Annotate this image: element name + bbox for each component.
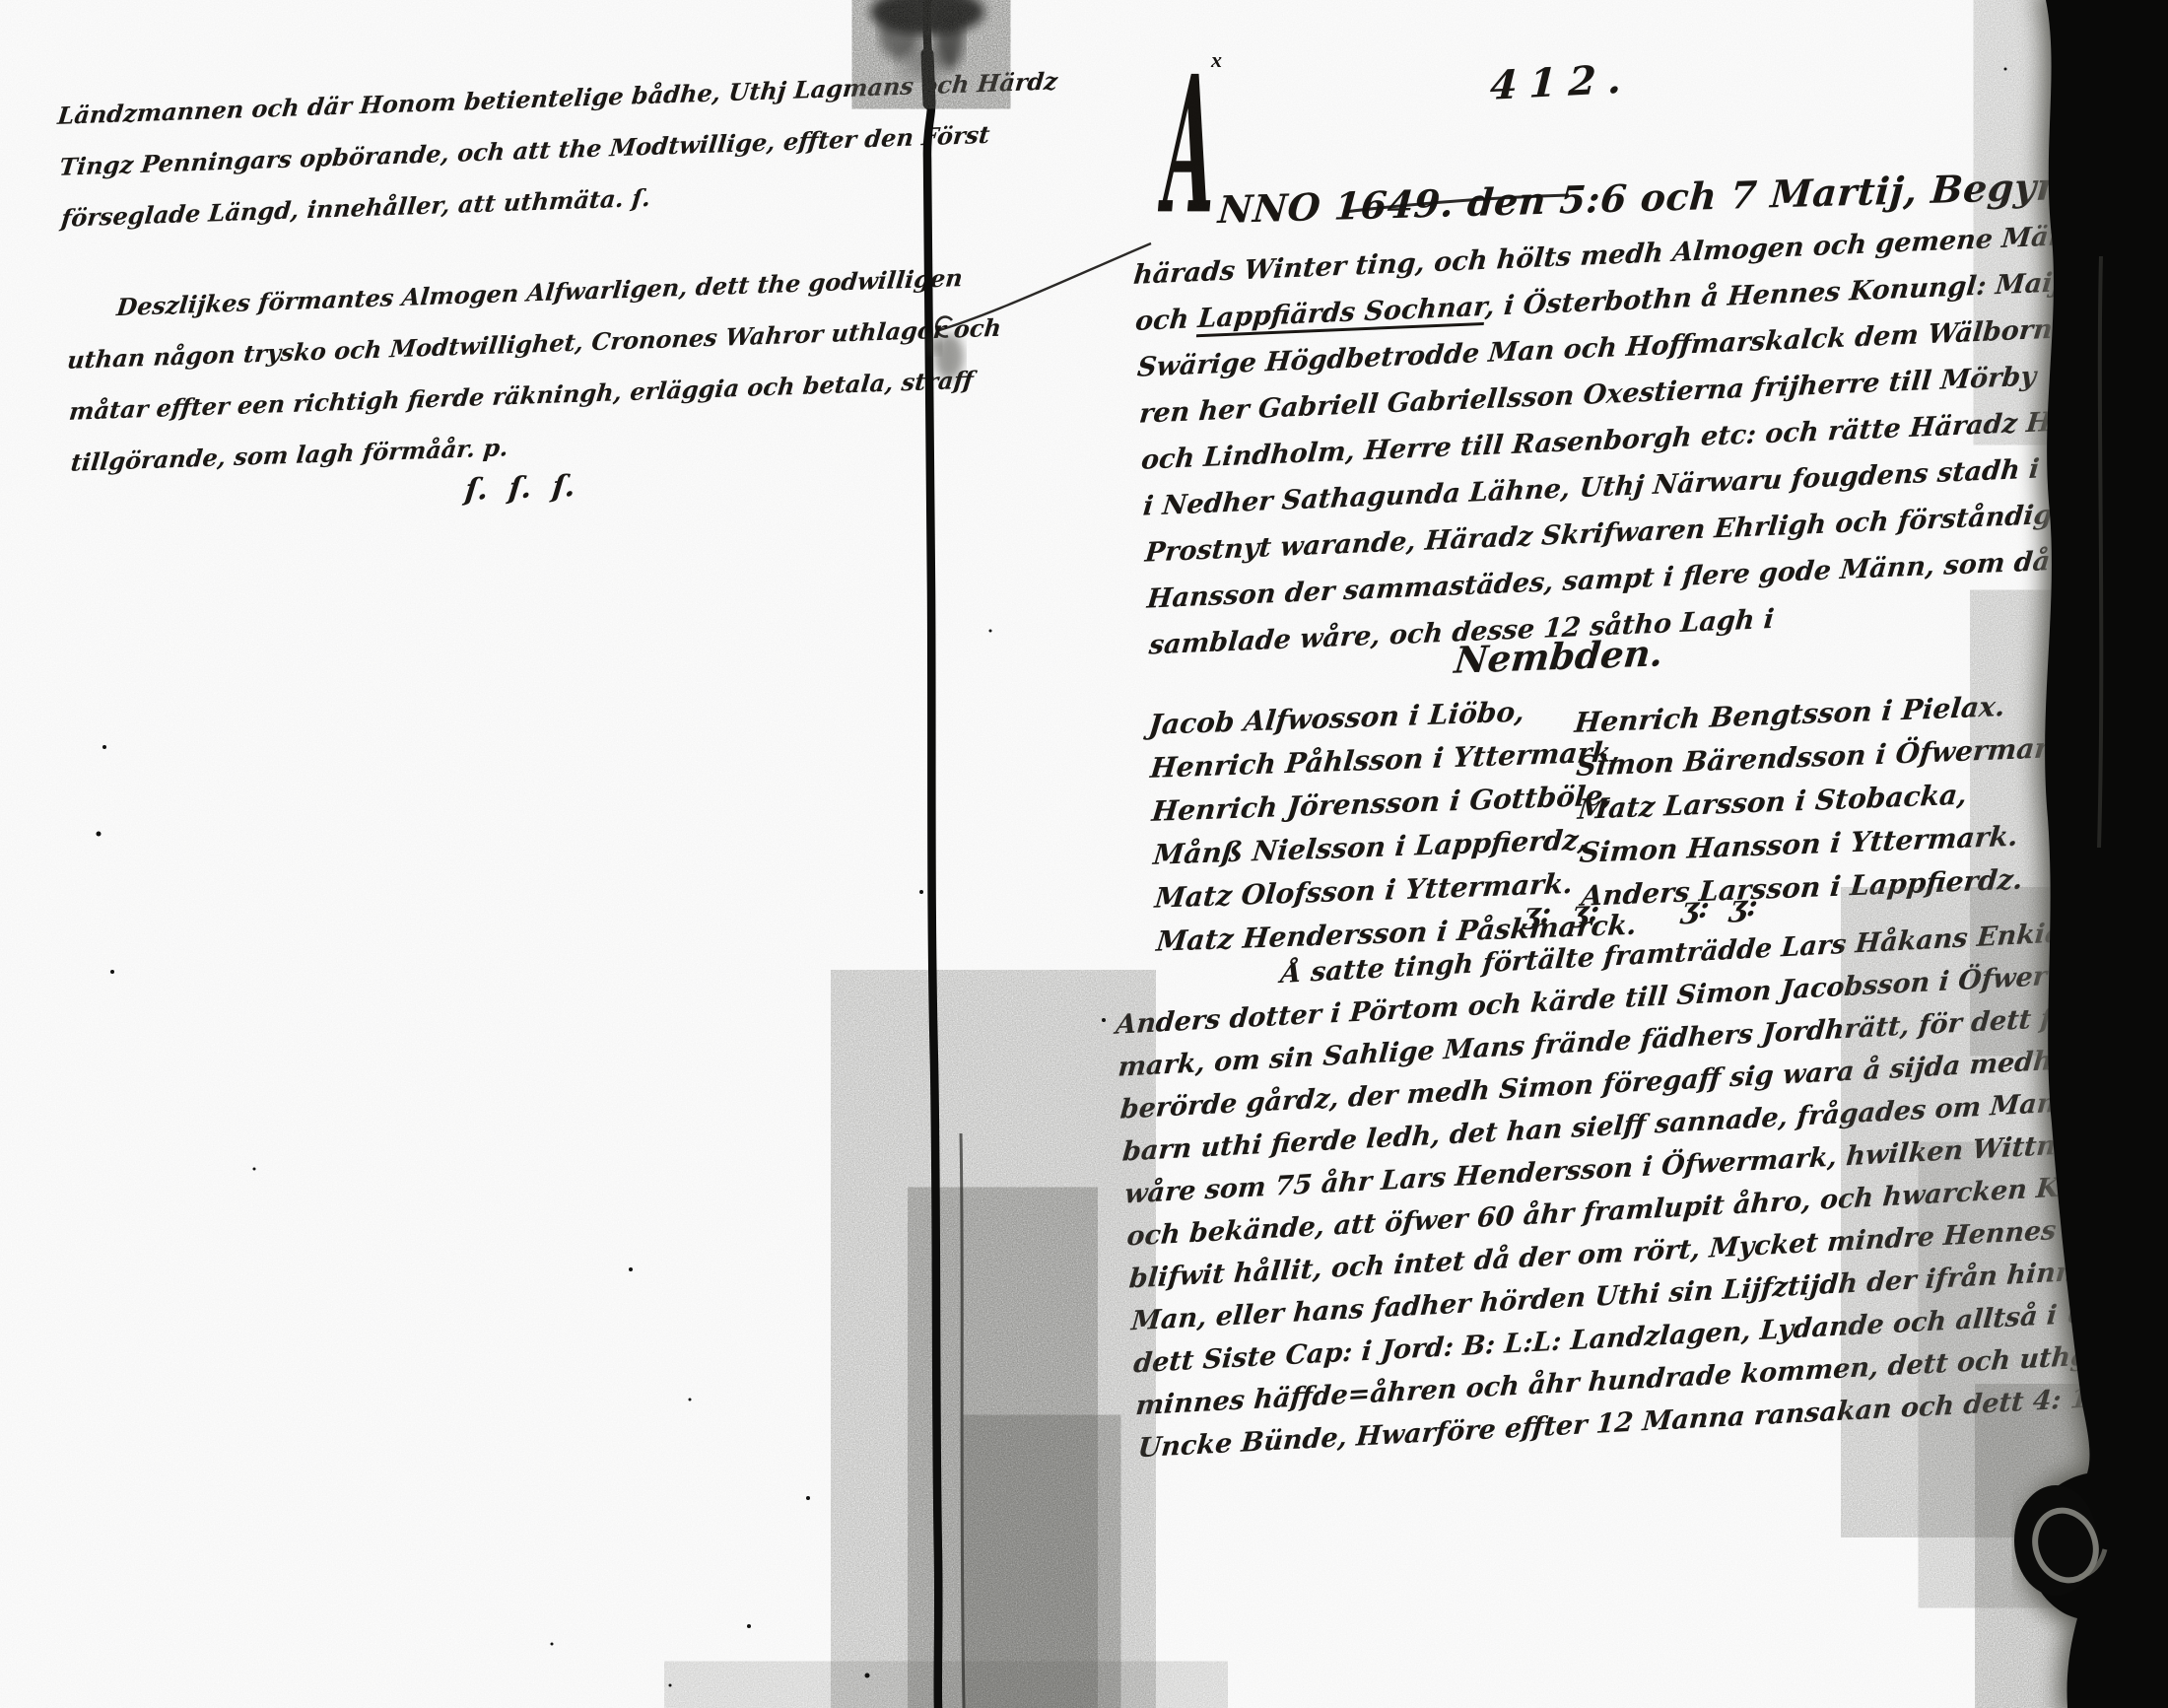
initial-letter: A	[1163, 51, 1217, 239]
line-text: och	[1134, 304, 1199, 337]
initial-superscript-mark: x	[1211, 47, 1222, 73]
page-number: 412.	[1489, 55, 1635, 109]
section-marks: ſ. ſ. ſ.	[463, 469, 576, 508]
jury-section-heading: Nembden.	[1453, 631, 1665, 682]
jurors-right-column: Henrich Bengtsson i Pielax. Simon Bärend…	[1571, 684, 2052, 919]
left-paragraph-1: Ländzmannen och där Honom betientelige b…	[53, 62, 866, 244]
jurors-left-column: Jacob Alfwosson i Liöbo, Henrich Påhlsso…	[1145, 689, 1588, 964]
intro-paragraph: härads Winter ting, och hölts medh Almog…	[1129, 213, 2092, 669]
underlined-place-name: Närpis	[2095, 216, 2168, 250]
left-paragraph-2: Deszlijkes förmantes Almogen Alfwarligen…	[61, 255, 886, 489]
manuscript-scan: Ländzmannen och där Honom betientelige b…	[0, 0, 2168, 1708]
case-paragraph: Å satte tingh förtälte framträdde Lars H…	[1110, 911, 2106, 1469]
jury-flourish-marks: ʒ: ʒ: ʒ: ʒ:	[1522, 889, 1759, 931]
book-clasp	[2014, 1485, 2106, 1596]
underlined-place-name: Lappfiärds Sochnar	[1196, 292, 1487, 334]
